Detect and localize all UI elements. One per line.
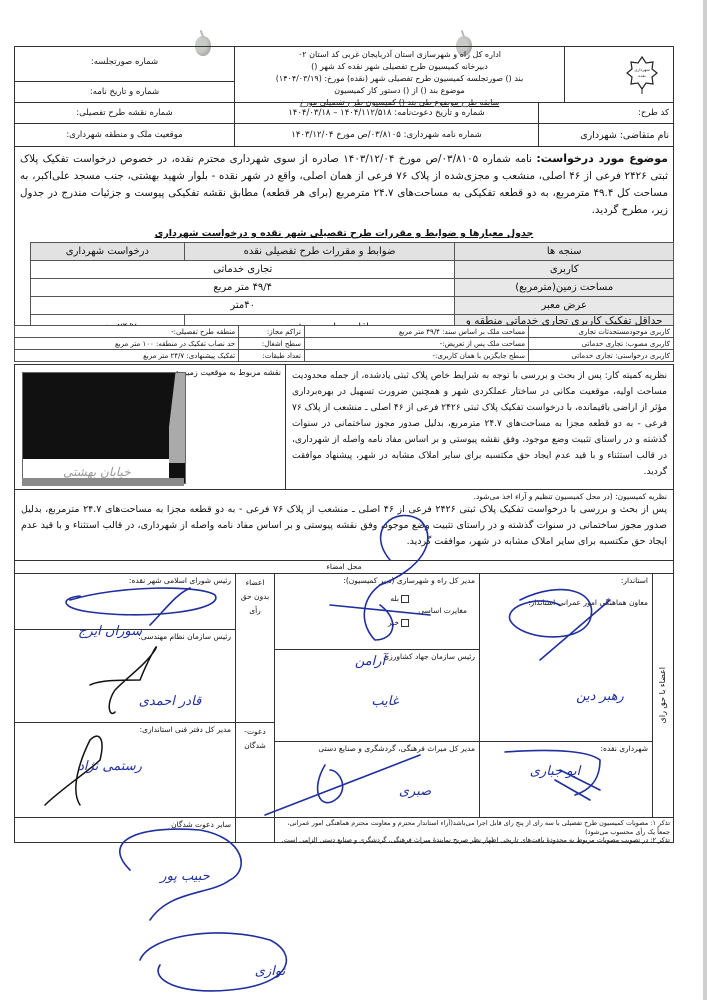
info-cell: کاربری مصوب: تجاری خدماتی [529,338,674,350]
working-group-opinion-text: نظریه کمیته کار: پس از بحث و بررسی با تو… [292,371,667,477]
agriculture-org-label: رئیس سازمان جهاد کشاورزی [279,652,475,662]
working-group-opinion: نظریه کمیته کار: پس از بحث و بررسی با تو… [285,364,674,490]
roads-director-label: مدیر کل راه و شهرسازی (دبیر کمیسیون): [279,576,475,586]
criteria-value: ۴۹/۴ متر مربع [31,279,455,297]
criteria-header: ضوابط و مقررات طرح تفصیلی نقده [184,243,455,261]
deputy-governor-label: معاون هماهنگی امور عمرانی استاندار: [484,598,648,608]
non-voting-label-cell: اعضاء بدون حق رأی [235,573,275,723]
voting-members-cell: اعضاء با حق رای [652,573,674,818]
municipality-letter-cell: شماره نامه شهرداری: ۰۳/۸۱۰۵/ص مورخ ۱۴۰۳/… [234,123,539,147]
svg-text:نقده: نقده [638,73,645,78]
detail-map-number-cell: شماره نقشه طرح تفصیلی: [14,102,235,124]
info-cell: مساحت ملک بر اساس سند: ۴۹/۴ متر مربع [304,326,528,338]
municipality-letter-label: شماره نامه شهرداری: ۰۳/۸۱۰۵/ص مورخ ۱۴۰۳/… [239,130,534,141]
signature-other-invited-1: حبیب پور [158,869,210,884]
heritage-director-cell: مدیر کل میراث فرهنگی، گردشگری و صنایع دس… [274,741,480,818]
title-line: بند () صورتجلسه کمیسیون طرح تفصیلی شهر (… [239,73,560,85]
roads-director-cell: مدیر کل راه و شهرسازی (دبیر کمیسیون): بل… [274,573,480,650]
city-council-label: رئیس شورای اسلامی شهر نقده: [19,576,231,586]
location-map-image: خیابان بهشتی [22,372,186,484]
no-checkbox[interactable]: خیر [388,618,409,628]
map-street-strip [22,478,184,486]
letter-number-cell: شماره و تاریخ نامه: [14,81,235,103]
info-row: کاربری موجود‌مستحدثات تجاری مساحت ملک بر… [15,326,674,338]
info-cell: تفکیک پیشنهادی: ۲۴/۷ متر مربع [15,350,239,362]
municipality-emblem-icon: شهرداری نقده [625,55,659,95]
info-cell: مساحت ملک پس از تعریض:- [304,338,528,350]
detail-map-number-label: شماره نقشه طرح تفصیلی: [19,108,230,119]
no-label: خیر [388,618,399,627]
criteria-label: کاربری [455,261,674,279]
footnote-1: تذکر ۱: مصوبات کمیسیون طرح تفصیلی با سه … [278,819,670,836]
governor-label: استاندار: [484,576,648,586]
page-edge [703,0,707,1000]
svg-text:شهرداری: شهرداری [634,67,650,72]
criteria-label: مساحت زمین(مترمربع) [455,279,674,297]
plan-code-cell: کد طرح: [538,102,674,124]
applicant-cell: نام متقاضی: شهرداری [538,123,674,147]
signature-section-title: محل امضاء [14,560,674,574]
info-cell: سطح اشغال: [239,338,305,350]
info-cell: حد نصاب تفکیک در منطقه: ۱۰۰ متر مربع [15,338,239,350]
criteria-header-row: سنجه ها ضوابط و مقررات طرح تفصیلی نقده د… [31,243,674,261]
map-label: نقشه مربوط به موقعیت زمین : [176,368,281,379]
criteria-table-title: جدول معیارها و ضوابط و مقررات طرح تفصیلی… [14,228,674,239]
commission-decision-cell: نظریه کمیسیون: (در محل کمیسیون تنظیم و آ… [14,489,674,561]
info-cell: کاربری موجود‌مستحدثات تجاری [529,326,674,338]
invited-label-cell: دعوت-شدگان [235,722,275,818]
agriculture-org-cell: رئیس سازمان جهاد کشاورزی [274,649,480,742]
applicant-label: نام متقاضی: شهرداری [543,130,669,143]
other-invited-label: سایر دعوت شدگان [19,820,231,830]
info-row: کاربری مصوب: تجاری خدماتی مساحت ملک پس ا… [15,338,674,350]
title-line: اداره کل راه و شهرسازی استان آذربایجان غ… [239,49,560,61]
heritage-director-label: مدیر کل میراث فرهنگی، گردشگری و صنایع دس… [279,744,475,754]
signature-other-invited-2: نوازی [255,964,286,979]
conflict-label: مغایرت اساسی [418,606,467,616]
technical-office-label: مدیر کل دفتر فنی استانداری: [19,725,231,735]
governor-cell: استاندار: معاون هماهنگی امور عمرانی استا… [479,573,653,742]
info-row: کاربری درخواستی: تجاری خدماتی سطح جایگزی… [15,350,674,362]
engineering-org-label: رئیس سازمان نظام مهندسی: [19,632,231,642]
criteria-header: سنجه ها [455,243,674,261]
minutes-number-cell: شماره صورتجلسه: [14,46,235,82]
invitation-cell: شماره و تاریخ دعوت‌نامه: ۱۴۰۴/۱۱۲/۵۱۸ – … [234,102,539,124]
logo-cell: شهرداری نقده [564,46,674,103]
commission-note: نظریه کمیسیون: (در محل کمیسیون تنظیم و آ… [21,492,667,502]
spacer-cell [235,817,275,843]
request-lead: موضوع مورد درخواست: [536,152,668,165]
header-title-block: اداره کل راه و شهرسازی استان آذربایجان غ… [234,46,565,103]
title-line: دبیرخانه کمیسیون طرح تفصیلی شهر نقده کد … [239,61,560,73]
criteria-row: کاربری تجاری خدماتی [31,261,674,279]
map-street-label: خیابان بهشتی [63,465,131,479]
info-table: کاربری موجود‌مستحدثات تجاری مساحت ملک بر… [14,325,674,362]
yes-checkbox[interactable]: بله [390,594,409,604]
letter-number-label: شماره و تاریخ نامه: [19,87,230,98]
property-location-cell: موقعیت ملک و منطقه شهرداری: [14,123,235,147]
title-line: موضوع بند () از () دستور کار کمیسیون [239,85,560,97]
criteria-header: درخواست شهرداری [31,243,185,261]
commission-decision-text: پس از بحث و بررسی با درخواست تفکیک پلاک … [21,502,667,550]
info-cell: منطقه طرح تفصیلی:- [15,326,239,338]
invited-label: دعوت-شدگان [240,725,270,753]
criteria-row: عرض معبر ۴۰متر [31,297,674,315]
voting-members-label: اعضاء با حق رای [658,667,669,723]
minutes-number-label: شماره صورتجلسه: [19,57,230,68]
engineering-org-cell: رئیس سازمان نظام مهندسی: [14,629,236,723]
yes-label: بله [390,594,399,603]
non-voting-label: اعضاء بدون حق رأی [240,576,270,618]
info-cell: تراکم مجاز: [239,326,305,338]
criteria-value: تجاری خدماتی [31,261,455,279]
signature-title-text: محل امضاء [326,562,361,571]
municipality-label: شهرداری نقده: [484,744,648,754]
info-cell: تعداد طبقات: [239,350,305,362]
technical-office-cell: مدیر کل دفتر فنی استانداری: [14,722,236,818]
city-council-cell: رئیس شورای اسلامی شهر نقده: [14,573,236,630]
municipality-cell: شهرداری نقده: [479,741,653,818]
info-cell: کاربری درخواستی: تجاری خدماتی [529,350,674,362]
criteria-label: عرض معبر [455,297,674,315]
request-paragraph: موضوع مورد درخواست: نامه شماره ۰۳/۸۱۰۵/ص… [14,150,674,219]
plan-code-label: کد طرح: [543,108,669,119]
other-invited-cell: سایر دعوت شدگان [14,817,236,843]
footnotes-cell: تذکر ۱: مصوبات کمیسیون طرح تفصیلی با سه … [274,817,674,843]
property-location-label: موقعیت ملک و منطقه شهرداری: [19,130,230,141]
info-cell: سطح جایگزین با همان کاربری:- [304,350,528,362]
footnote-2: تذکر ۲: در تصویب مصوبات مربوط به محدودهٔ… [278,836,670,845]
invitation-label: شماره و تاریخ دعوت‌نامه: ۱۴۰۴/۱۱۲/۵۱۸ – … [239,108,534,119]
criteria-value: ۴۰متر [31,297,455,315]
criteria-row: مساحت زمین(مترمربع) ۴۹/۴ متر مربع [31,279,674,297]
